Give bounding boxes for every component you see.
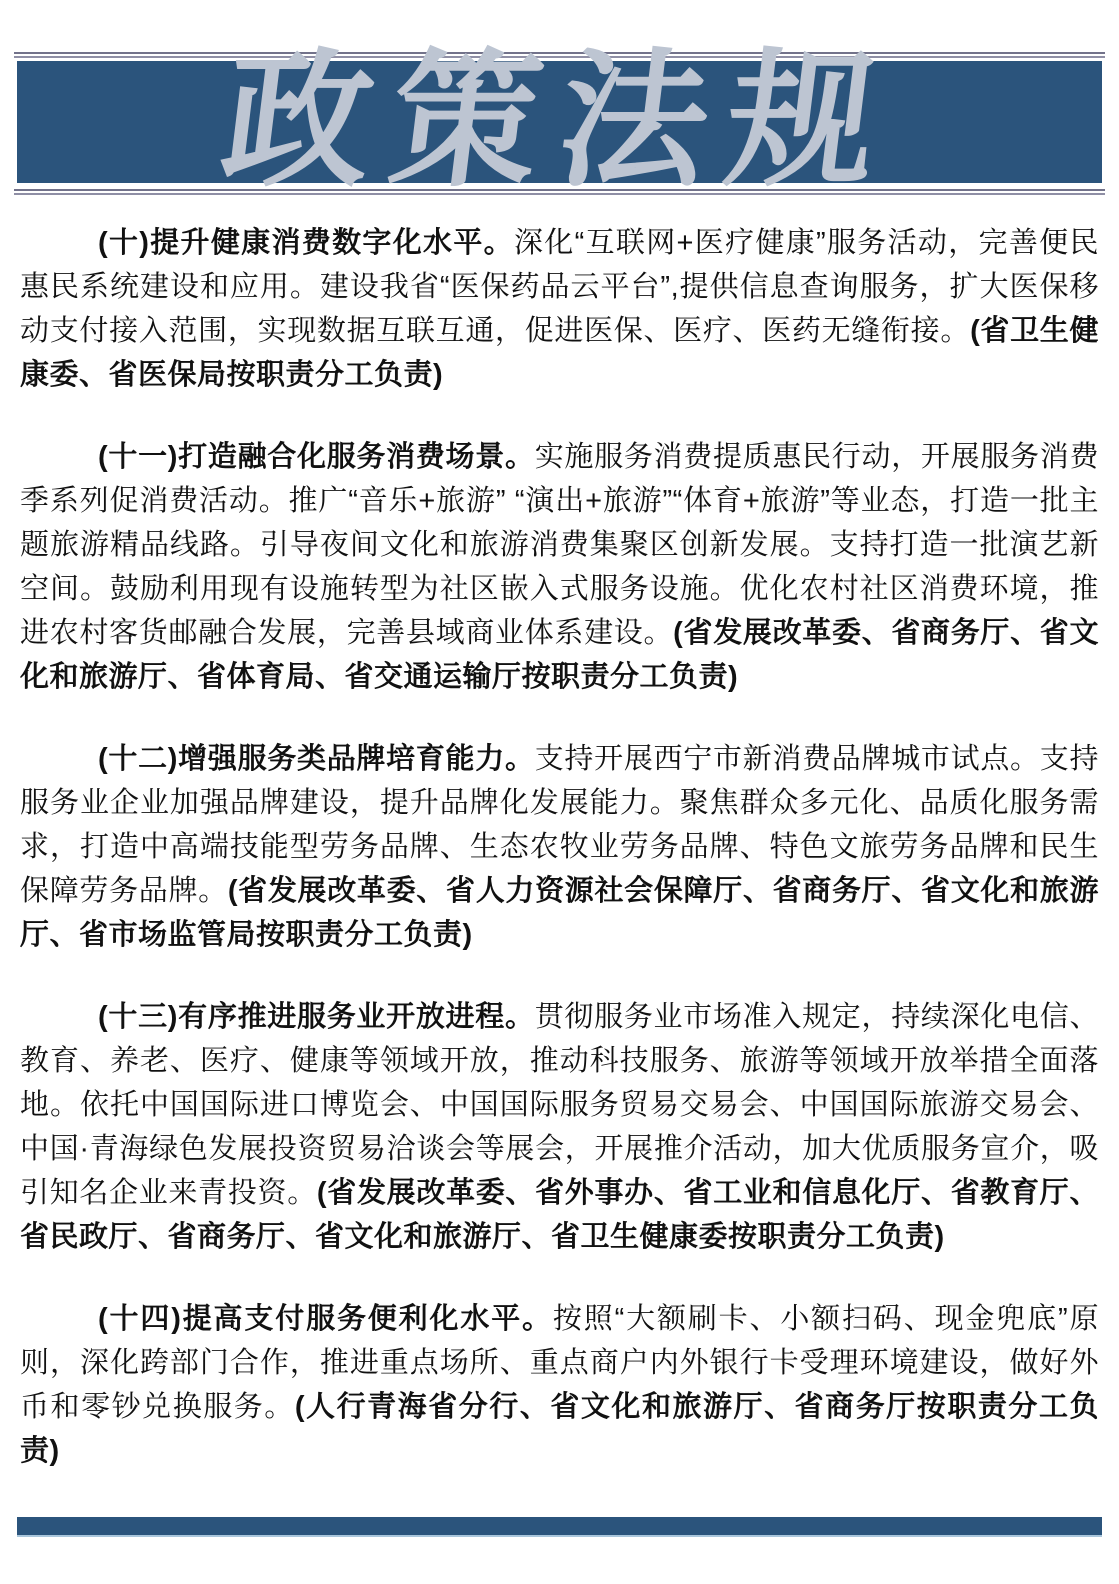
footer-bar <box>17 1517 1102 1537</box>
text-run-bold: (十二)增强服务类品牌培育能力。 <box>98 743 535 775</box>
policy-paragraph: (十)提升健康消费数字化水平。深化“互联网+医疗健康”服务活动，完善便民惠民系统… <box>20 221 1099 397</box>
policy-paragraph: (十一)打造融合化服务消费场景。实施服务消费提质惠民行动，开展服务消费季系列促消… <box>20 435 1099 699</box>
document-page: 政策法规 (十)提升健康消费数字化水平。深化“互联网+医疗健康”服务活动，完善便… <box>0 0 1119 1584</box>
policy-paragraph: (十四)提高支付服务便利化水平。按照“大额刷卡、小额扫码、现金兜底”原则，深化跨… <box>20 1297 1099 1473</box>
text-run-bold: (十三)有序推进服务业开放进程。 <box>98 1001 535 1033</box>
text-run-bold: (十一)打造融合化服务消费场景。 <box>98 441 535 473</box>
policy-text: (十)提升健康消费数字化水平。深化“互联网+医疗健康”服务活动，完善便民惠民系统… <box>20 221 1099 1473</box>
page-title: 政策法规 <box>216 61 903 183</box>
text-run-bold: (十四)提高支付服务便利化水平。 <box>98 1303 553 1335</box>
policy-paragraph: (十三)有序推进服务业开放进程。贯彻服务业市场准入规定，持续深化电信、教育、养老… <box>20 995 1099 1259</box>
title-banner: 政策法规 <box>17 61 1102 183</box>
policy-paragraph: (十二)增强服务类品牌培育能力。支持开展西宁市新消费品牌城市试点。支持服务业企业… <box>20 737 1099 957</box>
text-run-bold: (十)提升健康消费数字化水平。 <box>98 227 514 259</box>
